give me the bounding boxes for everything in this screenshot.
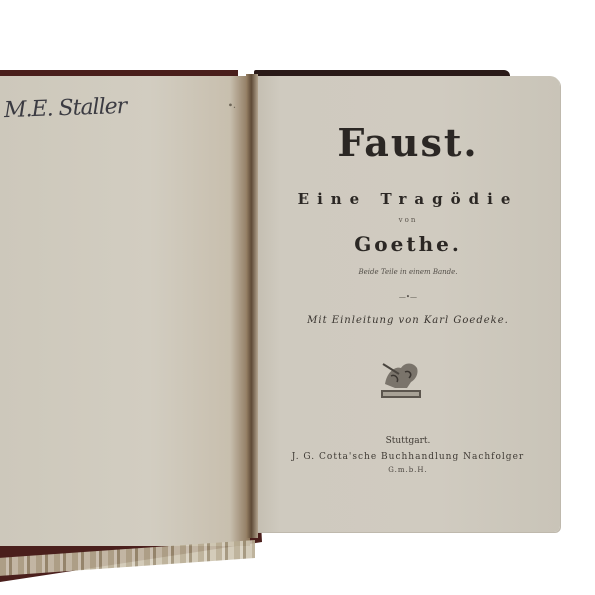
publisher-emblem-icon <box>377 354 425 402</box>
ornamental-rule: —•— <box>256 293 560 301</box>
book-title: Faust. <box>256 120 560 165</box>
by-line: von <box>256 216 560 224</box>
author-name: Goethe. <box>256 232 560 256</box>
parts-note: Beide Teile in einem Bande. <box>256 268 560 276</box>
publisher-suffix: G.m.b.H. <box>256 466 560 474</box>
margin-mark: ∙. <box>228 100 236 111</box>
book-photo: M.E. Staller ∙. Faust. Eine Tragödie von… <box>0 0 595 595</box>
introduction-credit: Mit Einleitung von Karl Goedeke. <box>256 315 560 326</box>
publisher-name: J. G. Cotta'sche Buchhandlung Nachfolger <box>256 452 560 462</box>
handwritten-signature: M.E. Staller <box>4 94 127 123</box>
publication-place: Stuttgart. <box>256 436 560 446</box>
left-endpaper <box>0 76 250 546</box>
book-subtitle: Eine Tragödie <box>256 190 560 208</box>
